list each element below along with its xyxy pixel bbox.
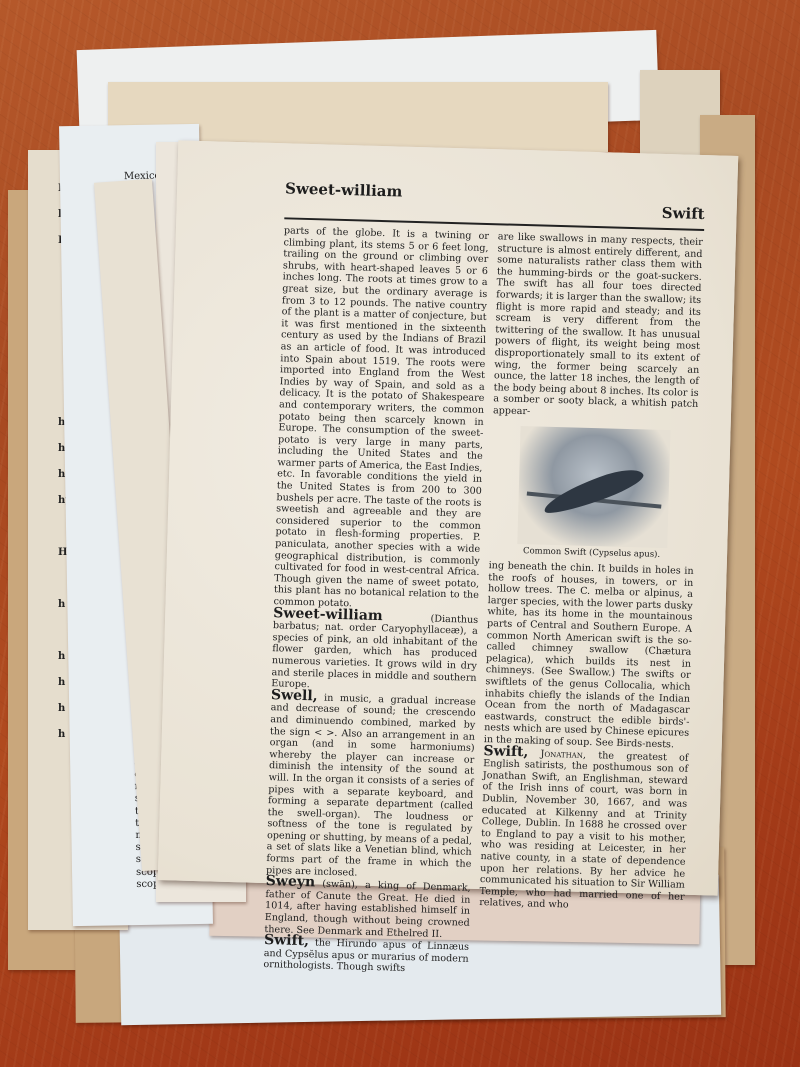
page-header-left: Sweet-william (285, 179, 403, 200)
entry-sweet-william: Sweet-william (Dianthus barbatus; nat. o… (271, 608, 478, 696)
page-header-right: Swift (662, 204, 705, 223)
swift-description-bottom: ing beneath the chin. It builds in holes… (484, 560, 694, 751)
dictionary-page-sweet-william-swift: Sweet-william Swift parts of the globe. … (158, 140, 738, 895)
swift-bird-icon (540, 462, 646, 519)
sweet-potato-continuation: parts of the globe. It is a twining or c… (273, 225, 489, 613)
entry-swift-bird: Swift, the Hirundo apus of Linnæus and C… (263, 935, 469, 976)
entry-sweyn: Sweyn (swān), a king of Denmark, father … (264, 876, 471, 941)
left-column: parts of the globe. It is a twining or c… (263, 225, 489, 976)
common-swift-illustration (517, 425, 670, 547)
right-column: are like swallows in many respects, thei… (479, 231, 703, 914)
entry-swift-jonathan: Swift, Jonathan, the greatest of English… (479, 746, 688, 915)
entry-swell: Swell, in music, a gradual increase and … (266, 690, 476, 882)
swift-description-top: are like swallows in many respects, thei… (493, 231, 703, 422)
